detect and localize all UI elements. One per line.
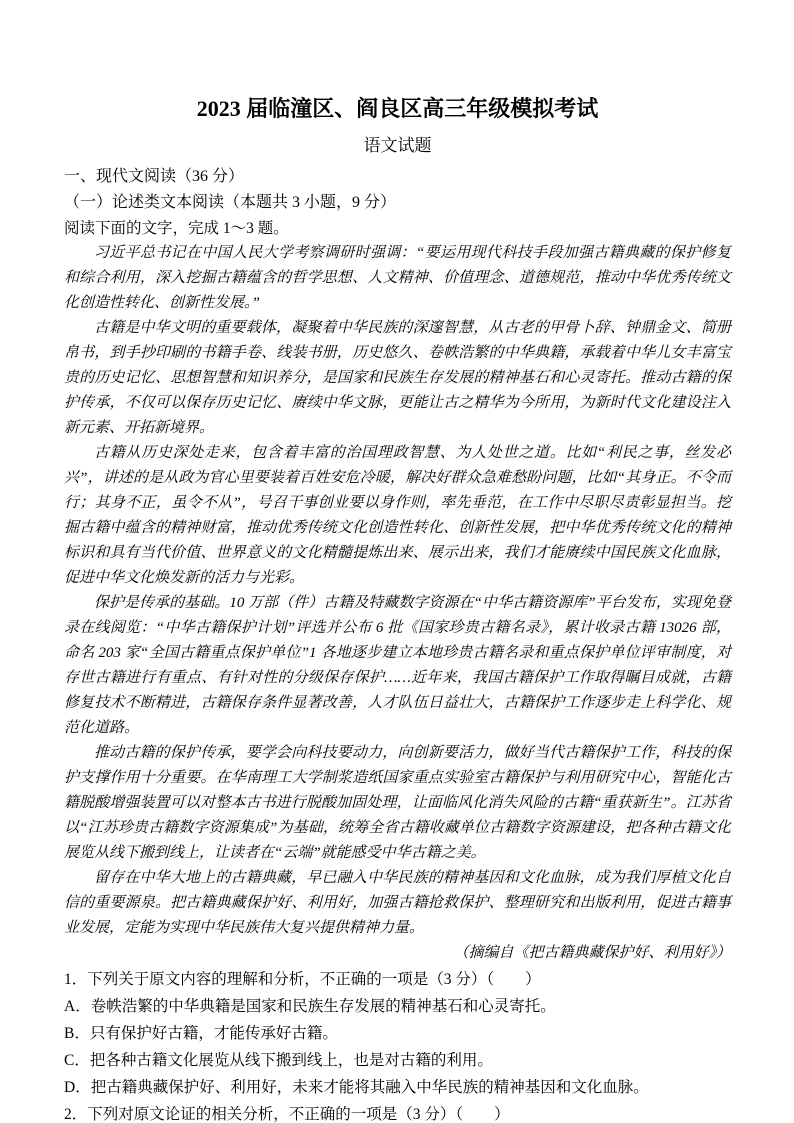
- exam-title: 2023 届临潼区、阎良区高三年级模拟考试: [64, 94, 731, 124]
- passage-paragraph-5: 推动古籍的保护传承，要学会向科技要动力，向创新要活力，做好当代古籍保护工作，科技…: [64, 741, 731, 866]
- reading-instruction: 阅读下面的文字，完成 1～3 题。: [64, 216, 731, 241]
- question-1-option-b: B．只有保护好古籍，才能传承好古籍。: [64, 1020, 731, 1047]
- exam-subject-subtitle: 语文试题: [64, 134, 731, 158]
- reading-passage: 习近平总书记在中国人民大学考察调研时强调：“要运用现代科技手段加强古籍典藏的保护…: [64, 241, 731, 966]
- question-block: 1．下列关于原文内容的理解和分析，不正确的一项是（3 分）（ ） A．卷帙浩繁的…: [64, 966, 731, 1123]
- passage-paragraph-2: 古籍是中华文明的重要载体，凝聚着中华民族的深邃智慧，从古老的甲骨卜辞、钟鼎金文、…: [64, 316, 731, 441]
- passage-paragraph-1: 习近平总书记在中国人民大学考察调研时强调：“要运用现代科技手段加强古籍典藏的保护…: [64, 241, 731, 316]
- exam-paper-page: 2023 届临潼区、阎良区高三年级模拟考试 语文试题 一、现代文阅读（36 分）…: [0, 0, 794, 1123]
- subsection-heading-argumentative-text-reading: （一）论述类文本阅读（本题共 3 小题，9 分）: [64, 190, 731, 216]
- passage-source-attribution: （摘编自《把古籍典藏保护好、利用好》）: [64, 941, 731, 966]
- question-1-stem: 1．下列关于原文内容的理解和分析，不正确的一项是（3 分）（ ）: [64, 966, 731, 993]
- passage-paragraph-6: 留存在中华大地上的古籍典藏，早已融入中华民族的精神基因和文化血脉，成为我们厚植文…: [64, 866, 731, 941]
- passage-paragraph-3: 古籍从历史深处走来，包含着丰富的治国理政智慧、为人处世之道。比如“利民之事，丝发…: [64, 441, 731, 591]
- question-2-stem: 2．下列对原文论证的相关分析，不正确的一项是（3 分）（ ）: [64, 1101, 731, 1123]
- question-1-option-a: A．卷帙浩繁的中华典籍是国家和民族生存发展的精神基石和心灵寄托。: [64, 993, 731, 1020]
- passage-paragraph-4: 保护是传承的基础。10 万部（件）古籍及特藏数字资源在“中华古籍资源库”平台发布…: [64, 591, 731, 741]
- section-heading-modern-text-reading: 一、现代文阅读（36 分）: [64, 164, 731, 190]
- question-1-option-c: C．把各种古籍文化展览从线下搬到线上，也是对古籍的利用。: [64, 1047, 731, 1074]
- question-1-option-d: D．把古籍典藏保护好、利用好，未来才能将其融入中华民族的精神基因和文化血脉。: [64, 1074, 731, 1101]
